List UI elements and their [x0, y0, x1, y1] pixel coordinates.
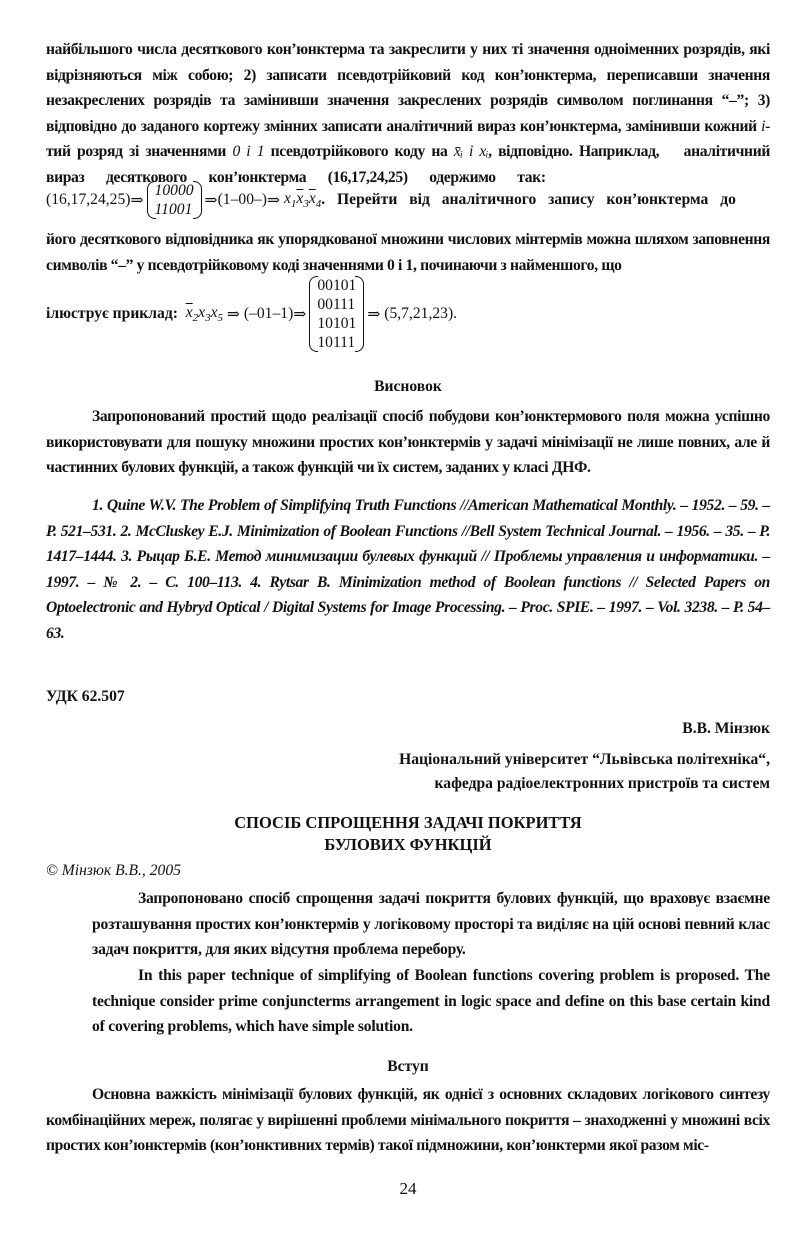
conclusion-heading: Висновок: [46, 378, 770, 396]
conclusion-paragraph: Запропонований простий щодо реалізації с…: [46, 404, 770, 481]
paragraph-text: In this paper technique of simplifying o…: [92, 963, 770, 1040]
conjuncterm: x1x3x4: [280, 190, 321, 210]
paragraph-text: Запропоновано спосіб спрощення задачі по…: [92, 886, 770, 963]
affiliation-line: кафедра радіоелектронних пристроїв та си…: [46, 772, 770, 796]
article-title: СПОСІБ СПРОЩЕННЯ ЗАДАЧІ ПОКРИТТЯ БУЛОВИХ…: [46, 812, 770, 856]
paragraph-text: Основна важкість мінімізації булових фун…: [46, 1082, 770, 1159]
conjuncterm: x2x3x5: [182, 304, 223, 324]
math-x-i: xᵢ: [479, 143, 488, 160]
paragraph-text: найбільшого числа десяткового кон’юнктер…: [46, 41, 770, 135]
matrix-row: 10111: [317, 333, 356, 352]
intro-heading: Вступ: [46, 1058, 770, 1076]
formula-2: ілюструє приклад: x2x3x5 ⇒ (–01–1) ⇒ 001…: [46, 276, 770, 352]
page-number: 24: [46, 1179, 770, 1199]
paragraph-text: . Перейти від аналітичного запису кон’юн…: [321, 191, 736, 209]
author-name: В.В. Мінзюк: [46, 720, 770, 738]
matrix-row: 11001: [155, 200, 194, 219]
formula-1: (16,17,24,25) ⇒ 10000 11001 ⇒ (1–00–) ⇒ …: [46, 181, 770, 219]
matrix-row: 00101: [317, 276, 356, 295]
paragraph-text: псевдотрійкового коду на: [271, 143, 448, 160]
minterm-set: (5,7,21,23).: [384, 305, 457, 323]
references-text: 1. Quine W.V. The Problem of Simplifyinq…: [46, 493, 770, 646]
formula-intro: ілюструє приклад:: [46, 305, 178, 323]
implies-arrow: ⇒: [205, 191, 218, 210]
math-xbar-i: x̄ᵢ: [454, 143, 463, 160]
references: 1. Quine W.V. The Problem of Simplifyinq…: [46, 493, 770, 646]
implies-arrow: ⇒: [267, 191, 280, 210]
affiliation-line: Національний університет “Львівська полі…: [46, 748, 770, 772]
matrix-paren: 10000 11001: [147, 181, 202, 219]
intro-paragraph: Основна важкість мінімізації булових фун…: [46, 1082, 770, 1159]
affiliation: Національний університет “Львівська полі…: [46, 748, 770, 796]
matrix-row: 00111: [317, 295, 356, 314]
copyright: © Мінзюк В.В., 2005: [46, 862, 770, 880]
math-values: 0 і 1: [232, 143, 264, 160]
matrix-paren: 00101 00111 10101 10111: [309, 276, 364, 352]
pseudo-ternary-code: (1–00–): [218, 191, 267, 209]
abstract-english: In this paper technique of simplifying o…: [92, 963, 770, 1040]
matrix: 10000 11001: [155, 181, 194, 219]
pseudo-ternary-code: (–01–1): [244, 305, 293, 323]
abstract-ukrainian: Запропоновано спосіб спрощення задачі по…: [92, 886, 770, 963]
matrix: 00101 00111 10101 10111: [317, 276, 356, 352]
title-line: СПОСІБ СПРОЩЕННЯ ЗАДАЧІ ПОКРИТТЯ: [46, 812, 770, 834]
udk-code: УДК 62.507: [46, 688, 770, 706]
math-and: і: [469, 143, 473, 160]
middle-paragraph: його десяткового відповідника як упорядк…: [46, 227, 770, 278]
paragraph-text: Запропонований простий щодо реалізації с…: [46, 404, 770, 481]
implies-arrow: ⇒: [130, 191, 143, 210]
formula-lhs: (16,17,24,25): [46, 191, 130, 209]
paragraph-text: , відповідно.: [488, 143, 572, 160]
matrix-row: 10000: [155, 181, 194, 200]
paragraph-text: його десяткового відповідника як упорядк…: [46, 227, 770, 278]
top-paragraph: найбільшого числа десяткового кон’юнктер…: [46, 37, 770, 190]
title-line: БУЛОВИХ ФУНКЦІЙ: [46, 834, 770, 856]
matrix-row: 10101: [317, 314, 356, 333]
